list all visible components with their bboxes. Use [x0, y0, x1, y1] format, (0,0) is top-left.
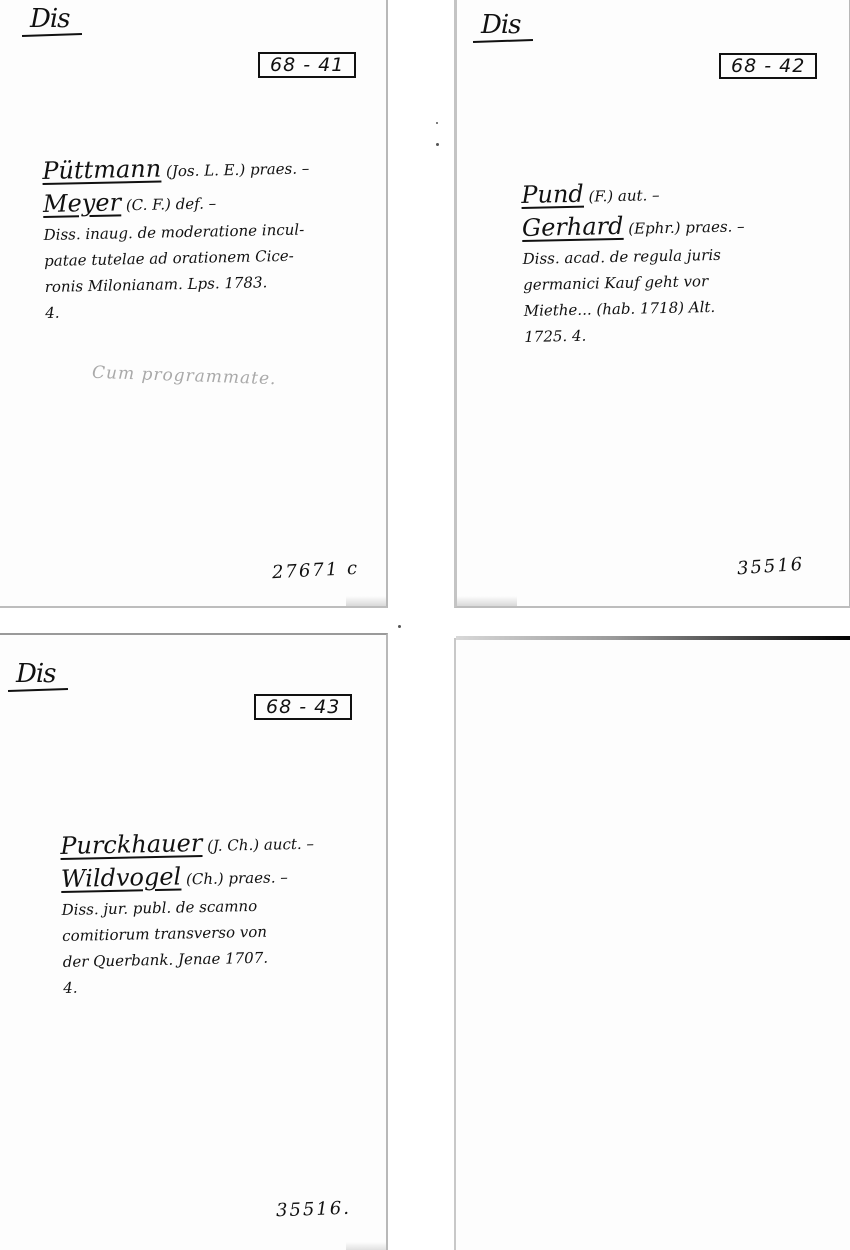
heading-line-2: Wildvogel (Ch.) praes. – — [61, 859, 315, 897]
category-label: Dis — [481, 12, 521, 38]
catalog-entry: Püttmann (Jos. L. E.) praes. – Meyer (C.… — [42, 150, 312, 326]
author-initials: (Ch.) — [186, 870, 224, 889]
author-initials: (Ephr.) — [628, 219, 681, 238]
author-role: praes. – — [685, 217, 745, 236]
author-name: Gerhard — [522, 212, 624, 242]
scan-speck — [436, 122, 438, 124]
accession-number: 27671 c — [272, 558, 360, 584]
heading-line-2: Gerhard (Ephr.) praes. – — [522, 208, 745, 246]
heading-line-2: Meyer (C. F.) def. – — [43, 183, 311, 222]
catalog-entry: Purckhauer (J. Ch.) auct. – Wildvogel (C… — [60, 826, 317, 1001]
author-name: Meyer — [43, 188, 122, 218]
scan-speck — [436, 143, 439, 146]
author-name: Pund — [521, 180, 584, 209]
author-role: def. – — [175, 194, 216, 213]
author-initials: (Jos. L. E.) — [166, 161, 246, 181]
card-edge-shadow — [456, 636, 850, 640]
category-label: Dis — [16, 661, 56, 687]
pencil-note: Cum programmate. — [92, 363, 277, 389]
scan-speck — [398, 625, 401, 628]
shelfmark-box: 68 - 43 — [254, 694, 352, 720]
catalog-card-68-42: Dis 68 - 42 Pund (F.) aut. – Gerhard (Ep… — [454, 0, 850, 608]
catalog-card-68-41: Dis 68 - 41 Püttmann (Jos. L. E.) praes.… — [0, 0, 388, 608]
category-label: Dis — [30, 6, 70, 32]
author-role: praes. – — [250, 159, 310, 178]
title-line: Miethe... (hab. 1718) Alt. — [523, 293, 746, 324]
format-line: 4. — [63, 970, 317, 1001]
catalog-entry: Pund (F.) aut. – Gerhard (Ephr.) praes. … — [521, 175, 747, 350]
accession-number: 35516 — [736, 554, 805, 580]
author-initials: (F.) — [588, 187, 613, 206]
heading-line-1: Püttmann (Jos. L. E.) praes. – — [42, 150, 310, 189]
title-line: Diss. acad. de regula juris — [522, 241, 745, 272]
catalog-card-68-43: Dis 68 - 43 Purckhauer (J. Ch.) auct. – … — [0, 633, 388, 1250]
heading-line-1: Purckhauer (J. Ch.) auct. – — [60, 826, 314, 864]
author-initials: (J. Ch.) — [207, 836, 259, 855]
author-role: praes. – — [228, 868, 288, 887]
shelfmark-box: 68 - 42 — [719, 53, 817, 79]
author-name: Püttmann — [42, 155, 161, 185]
author-role: auct. – — [264, 835, 314, 854]
format-line: 1725. 4. — [524, 319, 747, 350]
author-initials: (C. F.) — [126, 195, 171, 214]
accession-number: 35516. — [276, 1198, 352, 1222]
author-name: Purckhauer — [60, 829, 203, 860]
author-name: Wildvogel — [61, 862, 182, 893]
shelfmark-box: 68 - 41 — [258, 52, 356, 78]
author-role: aut. – — [618, 186, 660, 205]
heading-line-1: Pund (F.) aut. – — [521, 175, 744, 213]
blank-catalog-card — [454, 638, 850, 1250]
